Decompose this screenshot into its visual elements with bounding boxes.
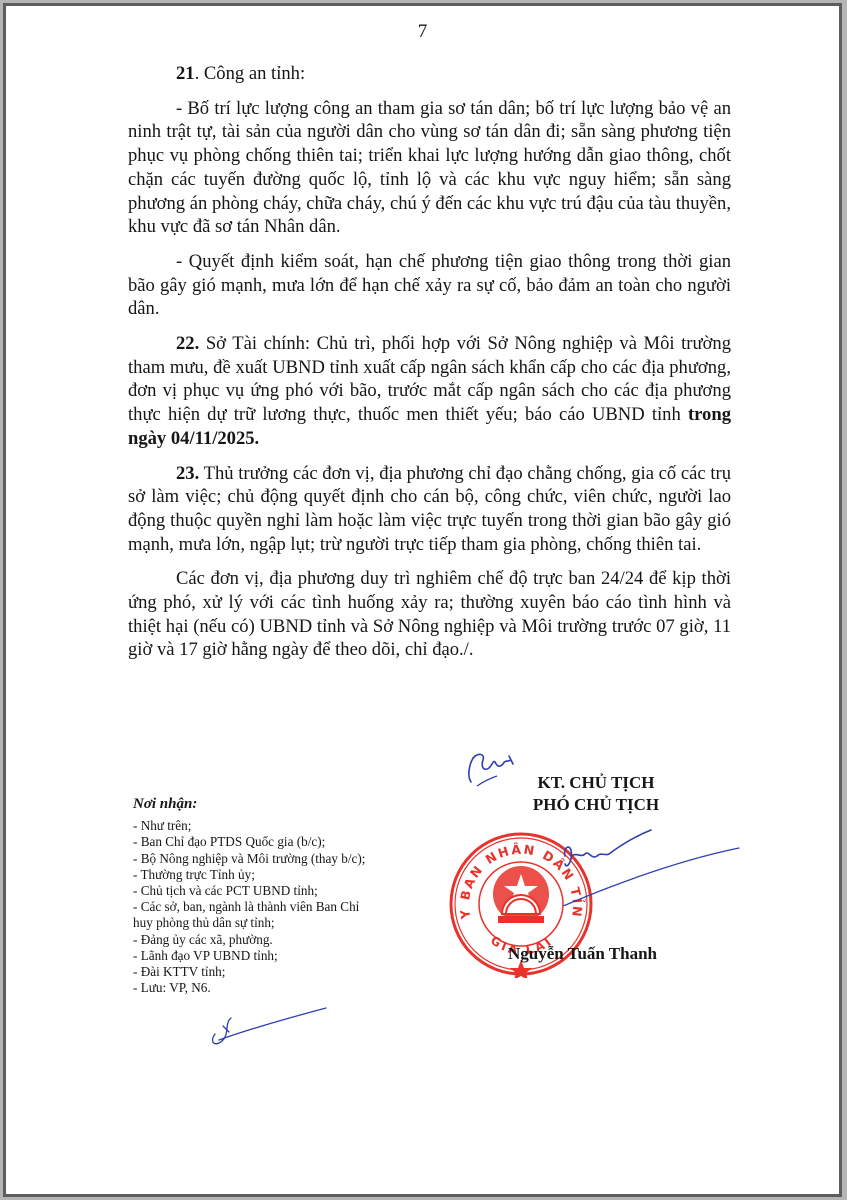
section-number: 22.	[176, 333, 199, 354]
recipient-item: - Như trên;	[133, 818, 433, 834]
archive-initials-icon	[201, 996, 331, 1056]
section-21-paragraph-1: - Bố trí lực lượng công an tham gia sơ t…	[128, 97, 731, 239]
section-heading-text: . Công an tỉnh:	[195, 63, 306, 84]
section-21-heading: 21. Công an tỉnh:	[128, 62, 731, 86]
section-23: 23. Thủ trưởng các đơn vị, địa phương ch…	[128, 462, 731, 557]
recipients-title: Nơi nhận:	[133, 796, 433, 812]
section-22-text: Sở Tài chính: Chủ trì, phối hợp với Sở N…	[128, 333, 731, 425]
recipient-item: - Chủ tịch và các PCT UBND tỉnh;	[133, 883, 433, 899]
section-number: 23.	[176, 463, 199, 484]
signer-name: Nguyễn Tuấn Thanh	[508, 944, 728, 964]
signer-authority: KT. CHỦ TỊCH	[496, 772, 696, 794]
recipient-item: - Bộ Nông nghiệp và Môi trường (thay b/c…	[133, 851, 433, 867]
recipient-item: - Lưu: VP, N6.	[133, 980, 433, 996]
signature-icon	[561, 826, 741, 906]
recipient-item: - Thường trực Tỉnh ủy;	[133, 867, 433, 883]
recipient-item: - Lãnh đạo VP UBND tỉnh;	[133, 948, 433, 964]
recipient-item: - Ban Chỉ đạo PTDS Quốc gia (b/c);	[133, 834, 433, 850]
signer-title: PHÓ CHỦ TỊCH	[496, 794, 696, 816]
recipients-list: Nơi nhận: - Như trên; - Ban Chỉ đạo PTDS…	[133, 796, 433, 996]
section-21-paragraph-2: - Quyết định kiểm soát, hạn chế phương t…	[128, 250, 731, 321]
signature-block: KT. CHỦ TỊCH PHÓ CHỦ TỊCH	[496, 772, 696, 816]
section-number: 21	[176, 63, 195, 84]
recipient-item: - Đảng ủy các xã, phường.	[133, 932, 433, 948]
recipient-item: - Các sở, ban, ngành là thành viên Ban C…	[133, 899, 363, 931]
closing-paragraph: Các đơn vị, địa phương duy trì nghiêm ch…	[128, 567, 731, 662]
section-23-text: Thủ trưởng các đơn vị, địa phương chỉ đạ…	[128, 463, 731, 555]
document-page: 7 21. Công an tỉnh: - Bố trí lực lượng c…	[3, 3, 842, 1197]
document-body: 21. Công an tỉnh: - Bố trí lực lượng côn…	[128, 62, 731, 673]
page-number: 7	[6, 21, 839, 43]
section-22: 22. Sở Tài chính: Chủ trì, phối hợp với …	[128, 332, 731, 451]
recipient-item: - Đài KTTV tỉnh;	[133, 964, 433, 980]
